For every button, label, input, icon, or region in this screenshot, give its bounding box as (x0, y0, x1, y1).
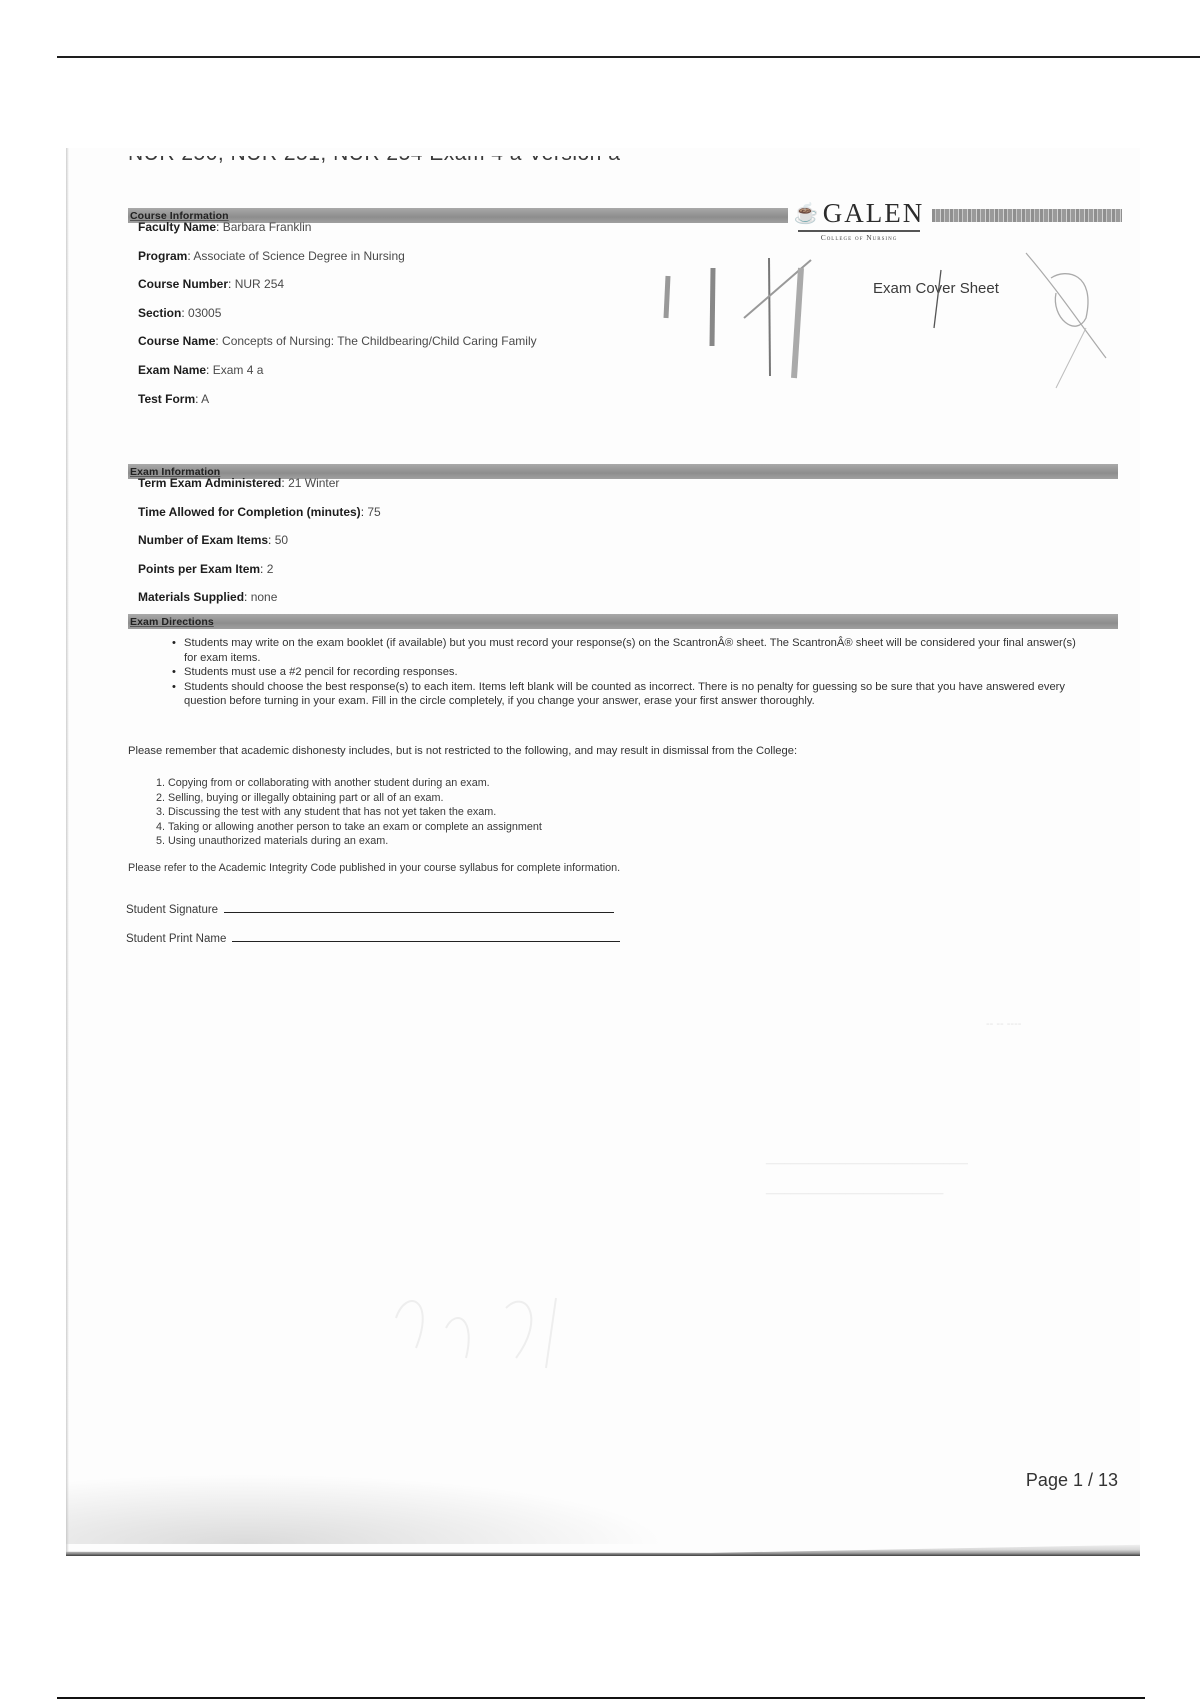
field-value: 03005 (188, 306, 221, 320)
bottom-divider (57, 1697, 1145, 1699)
field-row: Course Name: Concepts of Nursing: The Ch… (138, 334, 537, 348)
field-row: Section: 03005 (138, 306, 221, 320)
field-label: Section (138, 306, 181, 320)
student-signature-label: Student Signature (126, 904, 218, 916)
field-value: Concepts of Nursing: The Childbearing/Ch… (222, 334, 537, 348)
direction-item: Students must use a #2 pencil for record… (174, 665, 1076, 680)
field-value: 2 (267, 562, 274, 576)
field-label: Time Allowed for Completion (minutes) (138, 505, 361, 519)
field-label: Faculty Name (138, 220, 216, 234)
field-label: Number of Exam Items (138, 533, 268, 547)
student-print-name-label: Student Print Name (126, 933, 226, 945)
field-label: Exam Name (138, 363, 206, 377)
field-label: Program (138, 249, 187, 263)
field-label: Materials Supplied (138, 590, 244, 604)
faint-handwriting (386, 1278, 646, 1388)
field-value: A (201, 392, 209, 406)
field-row: Term Exam Administered: 21 Winter (138, 476, 339, 490)
galen-logo: ☕ GALEN College of Nursing (794, 198, 924, 242)
field-row: Program: Associate of Science Degree in … (138, 249, 405, 263)
field-value: Exam 4 a (213, 363, 264, 377)
field-value: NUR 254 (235, 277, 284, 291)
exam-title: NUR 250, NUR 251, NUR 254 Exam 4 a Versi… (128, 156, 620, 170)
handwritten-marks (596, 248, 1116, 408)
field-row: Exam Name: Exam 4 a (138, 363, 263, 377)
student-signature-row: Student Signature (126, 904, 614, 916)
field-label: Term Exam Administered (138, 476, 281, 490)
field-value: none (251, 590, 278, 604)
field-row: Course Number: NUR 254 (138, 277, 284, 291)
student-print-name-field[interactable] (232, 941, 620, 943)
field-row: Materials Supplied: none (138, 590, 277, 604)
field-value: 21 Winter (288, 476, 339, 490)
lamp-icon: ☕ (794, 201, 821, 226)
exam-directions-header: Exam Directions (128, 614, 1118, 629)
top-divider (57, 56, 1200, 58)
field-row: Number of Exam Items: 50 (138, 533, 288, 547)
logo-subtitle: College of Nursing (794, 233, 924, 242)
dishonesty-item: Copying from or collaborating with anoth… (168, 776, 542, 791)
field-label: Test Form (138, 392, 195, 406)
field-label: Course Name (138, 334, 215, 348)
direction-item: Students may write on the exam booklet (… (174, 636, 1076, 665)
academic-dishonesty-intro: Please remember that academic dishonesty… (128, 745, 797, 757)
student-signature-field[interactable] (224, 912, 614, 914)
dishonesty-item: Selling, buying or illegally obtaining p… (168, 791, 542, 806)
field-row: Time Allowed for Completion (minutes): 7… (138, 505, 381, 519)
scan-edge (66, 1542, 1140, 1556)
dishonesty-item: Using unauthorized materials during an e… (168, 834, 542, 849)
field-row: Test Form: A (138, 392, 209, 406)
field-label: Course Number (138, 277, 228, 291)
direction-item: Students should choose the best response… (174, 680, 1076, 709)
academic-dishonesty-list: Copying from or collaborating with anoth… (152, 776, 542, 849)
field-row: Points per Exam Item: 2 (138, 562, 273, 576)
logo-name: GALEN (823, 198, 924, 229)
field-value: Barbara Franklin (223, 220, 312, 234)
student-print-name-row: Student Print Name (126, 933, 620, 945)
exam-directions: Students may write on the exam booklet (… (166, 636, 1076, 709)
dishonesty-item: Taking or allowing another person to tak… (168, 820, 542, 835)
exam-cover-sheet-label: Exam Cover Sheet (873, 280, 999, 297)
page-indicator: Page 1 / 13 (1026, 1470, 1118, 1491)
academic-integrity-reference: Please refer to the Academic Integrity C… (128, 862, 620, 874)
field-row: Faculty Name: Barbara Franklin (138, 220, 311, 234)
field-label: Points per Exam Item (138, 562, 260, 576)
field-value: 75 (367, 505, 380, 519)
scanned-exam-cover-sheet: NUR 250, NUR 251, NUR 254 Exam 4 a Versi… (66, 148, 1140, 1556)
field-value: 50 (275, 533, 288, 547)
barcode-strip (932, 209, 1122, 222)
field-value: Associate of Science Degree in Nursing (193, 249, 404, 263)
exam-directions-label: Exam Directions (128, 616, 214, 628)
dishonesty-item: Discussing the test with any student tha… (168, 805, 542, 820)
